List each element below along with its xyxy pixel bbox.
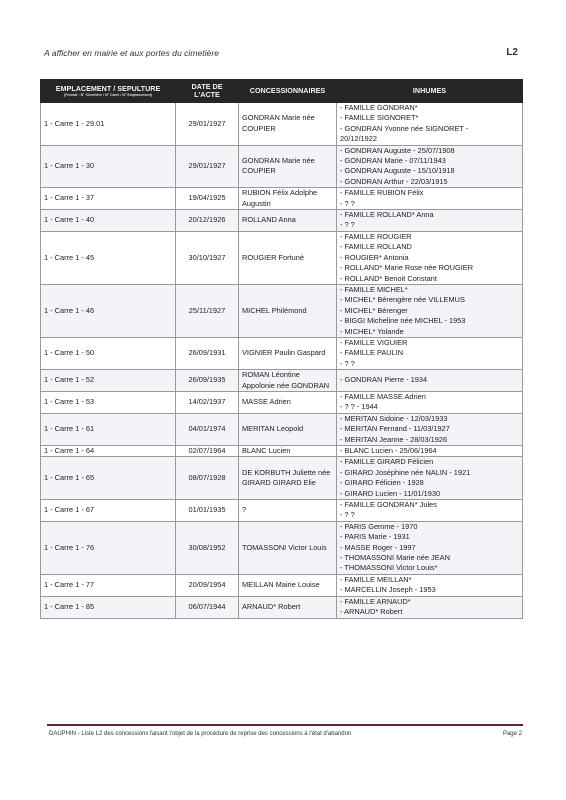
inhume-entry: - FAMILLE MEILLAN* — [340, 575, 519, 585]
inhume-entry: - ? ? — [340, 199, 519, 209]
cell-concessionnaires: DE KORBUTH Juliette née GIRARD GIRARD El… — [239, 457, 337, 500]
inhume-entry: - FAMILLE MICHEL* — [340, 285, 519, 295]
cell-concessionnaires: MERITAN Leopold — [239, 413, 337, 445]
table-row: 1 - Carre 1 - 5026/09/1931VIGNIER Paulin… — [41, 337, 523, 369]
cell-emplacement: 1 - Carre 1 - 50 — [41, 337, 176, 369]
inhume-entry: - ROUGIER* Antonia — [340, 253, 519, 263]
cell-emplacement: 1 - Carre 1 - 40 — [41, 210, 176, 232]
inhume-entry: - MICHEL* Yolande — [340, 327, 519, 337]
inhume-entry: - ? ? — [340, 220, 519, 230]
inhume-entry: - MICHEL* Bérengère née VILLEMUS — [340, 295, 519, 305]
cell-date: 19/04/1925 — [176, 188, 239, 210]
inhume-entry: 20/12/1922 — [340, 134, 519, 144]
cell-emplacement: 1 - Carre 1 - 46 — [41, 284, 176, 337]
cell-inhumes: - FAMILLE MICHEL*- MICHEL* Bérengère née… — [337, 284, 523, 337]
cell-concessionnaires: ? — [239, 500, 337, 522]
inhume-entry: - FAMILLE PAULIN — [340, 348, 519, 358]
table-row: 1 - Carre 1 - 7720/09/1954MEILLAN Mairie… — [41, 574, 523, 596]
table-row: 1 - Carre 1 - 7630/08/1952TOMASSONI Vict… — [41, 521, 523, 574]
cell-concessionnaires: RUBION Félix Adolphe Augustin — [239, 188, 337, 210]
inhume-entry: - MASSE Roger - 1997 — [340, 543, 519, 553]
inhume-entry: - FAMILLE ROLLAND — [340, 242, 519, 252]
column-header-date: DATE DE L'ACTE — [176, 80, 239, 103]
inhume-entry: - ? ? — [340, 510, 519, 520]
inhume-entry: - GONDRAN Auguste - 15/10/1918 — [340, 166, 519, 176]
cell-date: 20/12/1926 — [176, 210, 239, 232]
table-row: 1 - Carre 1 - 8506/07/1944ARNAUD* Robert… — [41, 596, 523, 618]
cell-date: 01/01/1935 — [176, 500, 239, 522]
inhume-entry: - MERITAN Fernand - 11/03/1927 — [340, 424, 519, 434]
inhume-entry: - BIGGI Micheline née MICHEL - 1953 — [340, 316, 519, 326]
cell-emplacement: 1 - Carre 1 - 45 — [41, 231, 176, 284]
cell-inhumes: - FAMILLE RUBION Félix- ? ? — [337, 188, 523, 210]
cell-concessionnaires: GONDRAN Marie née COUPIER — [239, 103, 337, 146]
concessions-table: EMPLACEMENT / SEPULTURE (Format : N° Cim… — [40, 79, 523, 619]
table-row: 1 - Carre 1 - 3029/01/1927GONDRAN Marie … — [41, 145, 523, 188]
inhume-entry: - GONDRAN Yvonne née SIGNORET - — [340, 124, 519, 134]
table-row: 1 - Carre 1 - 4530/10/1927ROUGIER Fortun… — [41, 231, 523, 284]
cell-date: 25/11/1927 — [176, 284, 239, 337]
cell-inhumes: - FAMILLE GIRARD Félicien- GIRARD Joséph… — [337, 457, 523, 500]
table-header-row: EMPLACEMENT / SEPULTURE (Format : N° Cim… — [41, 80, 523, 103]
cell-emplacement: 1 - Carre 1 - 85 — [41, 596, 176, 618]
page-number: Page 2 — [503, 731, 522, 737]
cell-concessionnaires: MASSE Adrien — [239, 391, 337, 413]
inhume-entry: - GIRARD Félicien - 1928 — [340, 478, 519, 488]
cell-inhumes: - FAMILLE ROLLAND* Anna- ? ? — [337, 210, 523, 232]
inhume-entry: - GONDRAN Pierre - 1934 — [340, 375, 519, 385]
inhume-entry: - GIRARD Joséphine née NALIN - 1921 — [340, 468, 519, 478]
cell-emplacement: 1 - Carre 1 - 52 — [41, 370, 176, 392]
inhume-entry: - FAMILLE MASSE Adrien — [340, 392, 519, 402]
table-row: 1 - Carre 1 - 6701/01/1935?- FAMILLE GON… — [41, 500, 523, 522]
cell-concessionnaires: ROLLAND Anna — [239, 210, 337, 232]
cell-concessionnaires: BLANC Lucien — [239, 446, 337, 457]
inhume-entry: - GONDRAN Auguste - 25/07/1908 — [340, 146, 519, 156]
inhume-entry: - GIRARD Lucien - 11/01/1930 — [340, 489, 519, 499]
inhume-entry: - THOMASSONI Victor Louis* — [340, 563, 519, 573]
cell-emplacement: 1 - Carre 1 - 65 — [41, 457, 176, 500]
inhume-entry: - MERITAN Jeanne - 28/03/1926 — [340, 435, 519, 445]
cell-emplacement: 1 - Carre 1 - 30 — [41, 145, 176, 188]
inhume-entry: - PARIS Gemme - 1970 — [340, 522, 519, 532]
cell-date: 30/08/1952 — [176, 521, 239, 574]
table-body: 1 - Carre 1 - 29.0129/01/1927GONDRAN Mar… — [41, 103, 523, 619]
table-row: 1 - Carre 1 - 4020/12/1926ROLLAND Anna- … — [41, 210, 523, 232]
list-code: L2 — [506, 47, 518, 58]
inhume-entry: - FAMILLE ROUGIER — [340, 232, 519, 242]
cell-date: 30/10/1927 — [176, 231, 239, 284]
cell-inhumes: - BLANC Lucien - 25/06/1964 — [337, 446, 523, 457]
inhume-entry: - BLANC Lucien - 25/06/1964 — [340, 446, 519, 456]
column-header-sublabel: (Format : N° Cimetière / N° Carré / N° E… — [43, 93, 173, 98]
cell-concessionnaires: ROUGIER Fortuné — [239, 231, 337, 284]
inhume-entry: - ARNAUD* Robert — [340, 607, 519, 617]
cell-inhumes: - GONDRAN Pierre - 1934 — [337, 370, 523, 392]
inhume-entry: - FAMILLE ARNAUD* — [340, 597, 519, 607]
cell-concessionnaires: MEILLAN Mairie Louise — [239, 574, 337, 596]
table-row: 1 - Carre 1 - 6402/07/1964BLANC Lucien- … — [41, 446, 523, 457]
inhume-entry: - MICHEL* Bérenger — [340, 306, 519, 316]
footer-divider — [47, 724, 523, 726]
inhume-entry: - ? ? — [340, 359, 519, 369]
inhume-entry: - ? ? - 1944 — [340, 402, 519, 412]
inhume-entry: - FAMILLE GIRARD Félicien — [340, 457, 519, 467]
cell-concessionnaires: MICHEL Philémond — [239, 284, 337, 337]
cell-date: 29/01/1927 — [176, 145, 239, 188]
inhume-entry: - FAMILLE SIGNORET* — [340, 113, 519, 123]
cell-date: 26/09/1935 — [176, 370, 239, 392]
cell-emplacement: 1 - Carre 1 - 29.01 — [41, 103, 176, 146]
cell-date: 20/09/1954 — [176, 574, 239, 596]
cell-date: 14/02/1937 — [176, 391, 239, 413]
cell-emplacement: 1 - Carre 1 - 67 — [41, 500, 176, 522]
column-header-emplacement: EMPLACEMENT / SEPULTURE (Format : N° Cim… — [41, 80, 176, 103]
cell-date: 04/01/1974 — [176, 413, 239, 445]
cell-concessionnaires: VIGNIER Paulin Gaspard — [239, 337, 337, 369]
inhume-entry: - FAMILLE RUBION Félix — [340, 188, 519, 198]
inhume-entry: - FAMILLE ROLLAND* Anna — [340, 210, 519, 220]
cell-emplacement: 1 - Carre 1 - 76 — [41, 521, 176, 574]
cell-concessionnaires: ARNAUD* Robert — [239, 596, 337, 618]
table-row: 1 - Carre 1 - 6104/01/1974MERITAN Leopol… — [41, 413, 523, 445]
cell-inhumes: - FAMILLE GONDRAN*- FAMILLE SIGNORET*- G… — [337, 103, 523, 146]
cell-emplacement: 1 - Carre 1 - 77 — [41, 574, 176, 596]
cell-concessionnaires: ROMAN Léontine Appolonie née GONDRAN — [239, 370, 337, 392]
footer-title: DAUPHIN - Liste L2 des concessions faisa… — [49, 731, 351, 737]
inhume-entry: - THOMASSONI Marie née JEAN — [340, 553, 519, 563]
table-row: 1 - Carre 1 - 29.0129/01/1927GONDRAN Mar… — [41, 103, 523, 146]
cell-inhumes: - PARIS Gemme - 1970- PARIS Marie - 1931… — [337, 521, 523, 574]
cell-date: 02/07/1964 — [176, 446, 239, 457]
cell-inhumes: - FAMILLE MASSE Adrien- ? ? - 1944 — [337, 391, 523, 413]
cell-emplacement: 1 - Carre 1 - 53 — [41, 391, 176, 413]
cell-inhumes: - MERITAN Sidoine - 12/03/1933- MERITAN … — [337, 413, 523, 445]
cell-inhumes: - FAMILLE GONDRAN* Jules- ? ? — [337, 500, 523, 522]
cell-date: 08/07/1928 — [176, 457, 239, 500]
table-row: 1 - Carre 1 - 5314/02/1937MASSE Adrien- … — [41, 391, 523, 413]
cell-date: 06/07/1944 — [176, 596, 239, 618]
inhume-entry: - MERITAN Sidoine - 12/03/1933 — [340, 414, 519, 424]
cell-inhumes: - FAMILLE VIGUIER- FAMILLE PAULIN- ? ? — [337, 337, 523, 369]
table-row: 1 - Carre 1 - 3719/04/1925RUBION Félix A… — [41, 188, 523, 210]
table-row: 1 - Carre 1 - 4625/11/1927MICHEL Philémo… — [41, 284, 523, 337]
cell-emplacement: 1 - Carre 1 - 64 — [41, 446, 176, 457]
cell-emplacement: 1 - Carre 1 - 61 — [41, 413, 176, 445]
inhume-entry: - FAMILLE VIGUIER — [340, 338, 519, 348]
inhume-entry: - MARCELLIN Joseph - 1953 — [340, 585, 519, 595]
inhume-entry: - ROLLAND* Marie Rose née ROUGIER — [340, 263, 519, 273]
cell-inhumes: - FAMILLE MEILLAN*- MARCELLIN Joseph - 1… — [337, 574, 523, 596]
column-header-concessionnaires: CONCESSIONNAIRES — [239, 80, 337, 103]
inhume-entry: - FAMILLE GONDRAN* Jules — [340, 500, 519, 510]
inhume-entry: - GONDRAN Marie - 07/11/1943 — [340, 156, 519, 166]
inhume-entry: - PARIS Marie - 1931 — [340, 532, 519, 542]
table-row: 1 - Carre 1 - 5226/09/1935ROMAN Léontine… — [41, 370, 523, 392]
column-header-label: EMPLACEMENT / SEPULTURE — [56, 84, 161, 93]
table-row: 1 - Carre 1 - 6508/07/1928DE KORBUTH Jul… — [41, 457, 523, 500]
inhume-entry: - ROLLAND* Benoit Constant — [340, 274, 519, 284]
page-header-instruction: A afficher en mairie et aux portes du ci… — [44, 48, 219, 58]
cell-inhumes: - FAMILLE ARNAUD*- ARNAUD* Robert — [337, 596, 523, 618]
inhume-entry: - GONDRAN Arthur - 22/03/1915 — [340, 177, 519, 187]
cell-date: 29/01/1927 — [176, 103, 239, 146]
cell-emplacement: 1 - Carre 1 - 37 — [41, 188, 176, 210]
column-header-inhumes: INHUMES — [337, 80, 523, 103]
inhume-entry: - FAMILLE GONDRAN* — [340, 103, 519, 113]
cell-date: 26/09/1931 — [176, 337, 239, 369]
cell-concessionnaires: GONDRAN Marie née COUPIER — [239, 145, 337, 188]
cell-inhumes: - GONDRAN Auguste - 25/07/1908- GONDRAN … — [337, 145, 523, 188]
cell-concessionnaires: TOMASSONI Victor Louis — [239, 521, 337, 574]
cell-inhumes: - FAMILLE ROUGIER- FAMILLE ROLLAND- ROUG… — [337, 231, 523, 284]
